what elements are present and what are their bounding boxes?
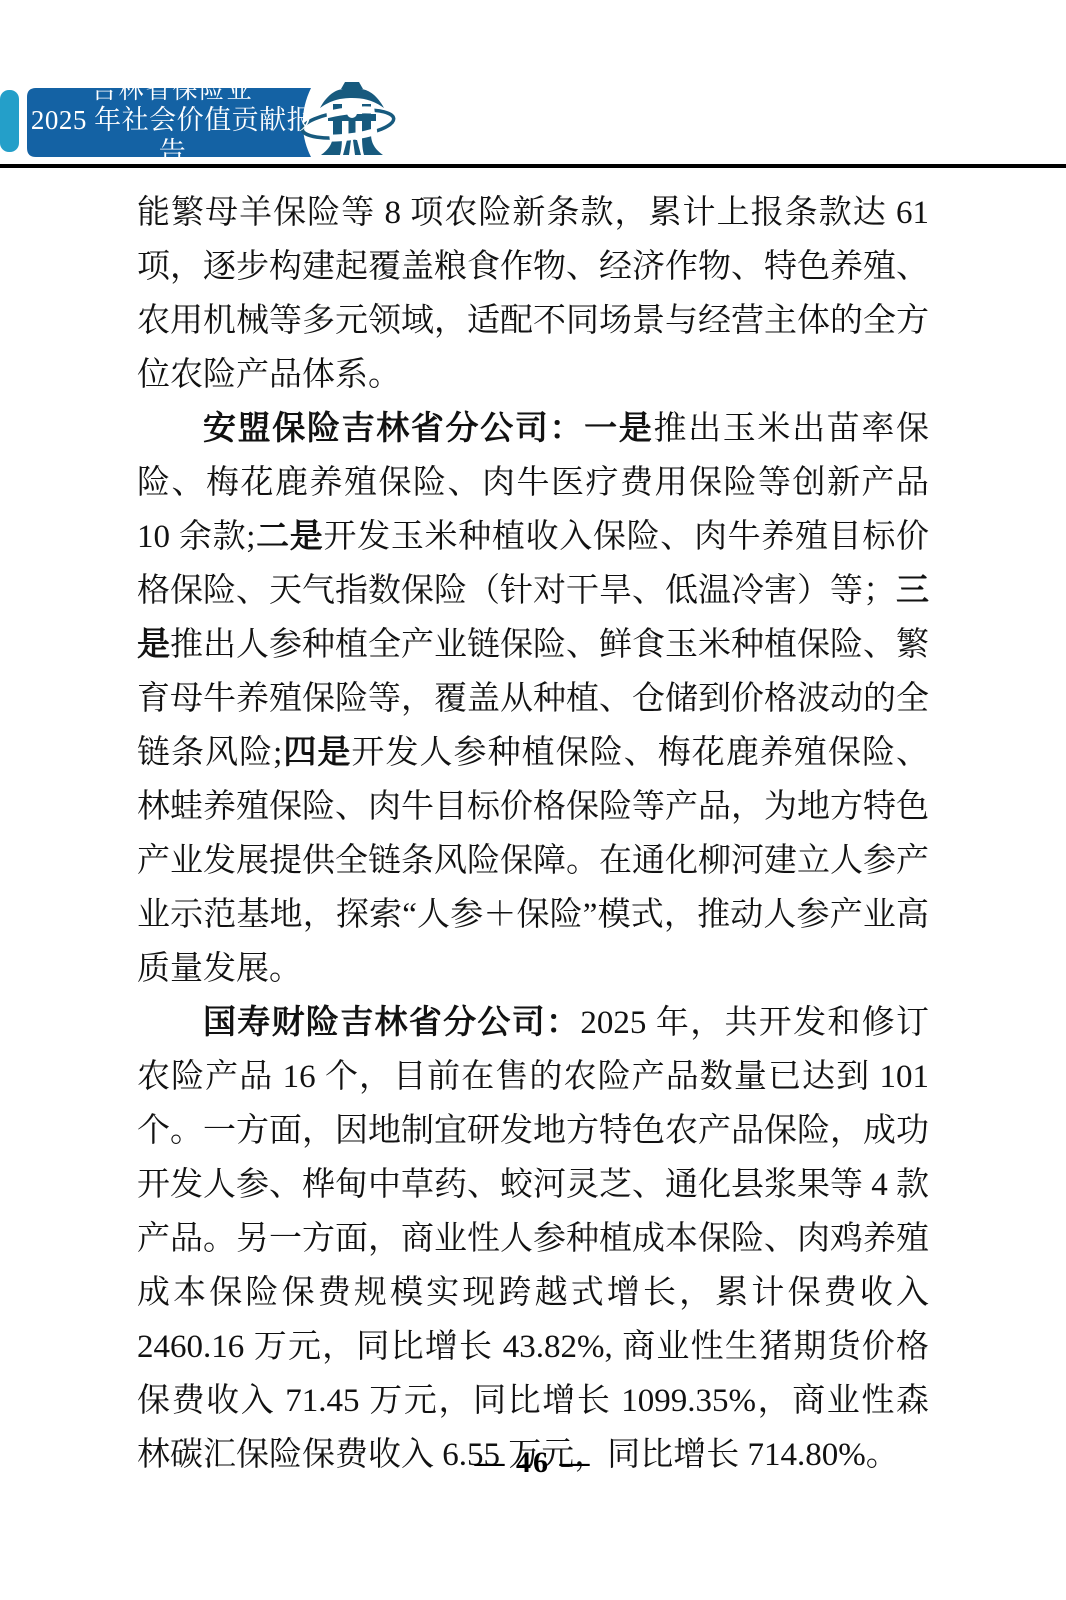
gate-logo-icon [320, 82, 384, 155]
banner-title: 吉林省保险业 2025 年社会价值贡献报告 [27, 88, 318, 157]
banner-title-line2: 2025 年社会价值贡献报告 [27, 105, 318, 169]
text-run: 一是 [584, 411, 653, 447]
body-paragraph-1: 能繁母羊保险等 8 项农险新条款，累计上报条款达 61 项，逐步构建起覆盖粮食作… [137, 186, 929, 402]
text-run: 开发人参种植保险、梅花鹿养殖保险、林蛙养殖保险、肉牛目标价格保险等产品，为地方特… [137, 735, 929, 987]
body-text: 能繁母羊保险等 8 项农险新条款，累计上报条款达 61 项，逐步构建起覆盖粮食作… [137, 186, 929, 1482]
text-run: 四是 [282, 735, 351, 771]
report-page: 吉林省保险业 2025 年社会价值贡献报告 能繁母羊保险等 8 项农险新条款，累… [0, 0, 1066, 1600]
text-run: 2025 年，共开发和修订农险产品 16 个，目前在售的农险产品数量已达到 10… [137, 1005, 929, 1473]
text-run: 二是 [255, 519, 323, 555]
text-run: 能繁母羊保险等 8 项农险新条款，累计上报条款达 61 项，逐步构建起覆盖粮食作… [137, 195, 929, 393]
body-paragraph-3: 国寿财险吉林省分公司：2025 年，共开发和修订农险产品 16 个，目前在售的农… [137, 996, 929, 1482]
banner-title-line1: 吉林省保险业 [91, 76, 253, 106]
banner-accent-shape [0, 90, 19, 152]
company-name-guoshou: 国寿财险吉林省分公司： [203, 1005, 580, 1041]
company-name-anmeng: 安盟保险吉林省分公司： [203, 411, 584, 447]
body-paragraph-2: 安盟保险吉林省分公司：一是推出玉米出苗率保险、梅花鹿养殖保险、肉牛医疗费用保险等… [137, 402, 929, 996]
header-rule [0, 164, 1066, 168]
page-number: — 46 — [0, 1446, 1066, 1480]
